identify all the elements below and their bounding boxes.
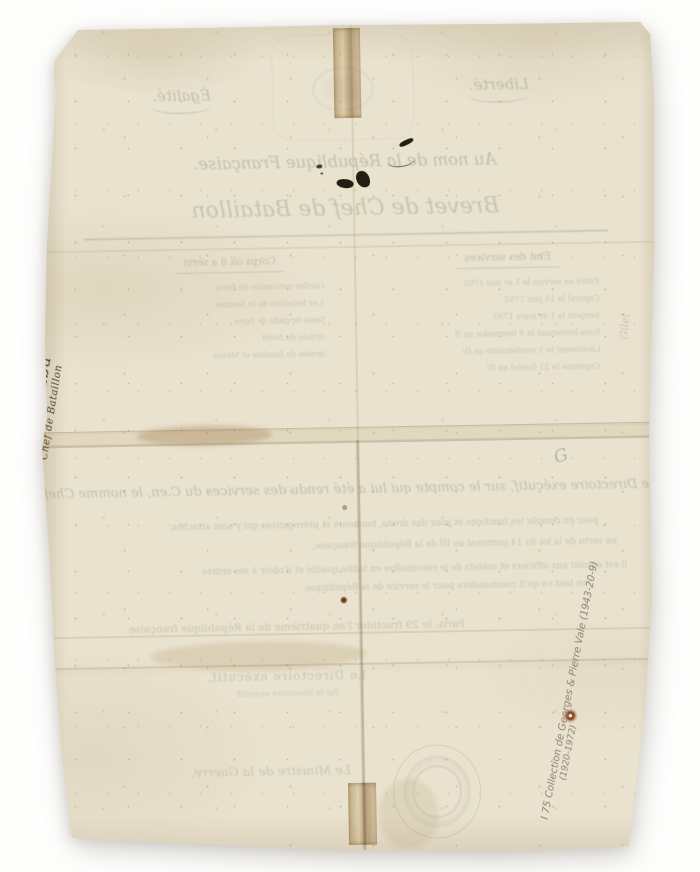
brevet-title: Brevet de Chef de Bataillon — [38, 191, 653, 227]
photo-background: Liberté. Égalité. Au nom de la Républiqu… — [0, 0, 700, 872]
equality-flourish — [152, 105, 211, 114]
liberty-flourish — [469, 94, 529, 103]
service-row: Capitaine le 21 floréal an IV — [361, 358, 601, 379]
corps-column-header: Corps où il a servi — [176, 253, 285, 274]
document-sheet: Liberté. Égalité. Au nom de la Républiqu… — [42, 20, 657, 858]
corner-crease — [35, 25, 84, 76]
ink-speck — [316, 164, 322, 168]
body-line: pour en remplir les fonctions et jouir d… — [169, 516, 599, 533]
paper: Liberté. Égalité. Au nom de la Républiqu… — [42, 20, 657, 858]
edge-speck — [51, 764, 58, 769]
directoire-line: Le Directoire exécutif, sur le compte qu… — [43, 477, 658, 503]
republic-header: Au nom de la République Française. — [37, 147, 652, 177]
body-line: il est enjoint aux officiers et soldats … — [202, 560, 628, 577]
minister-line: Le Ministre de la Guerre, — [190, 762, 351, 780]
services-column-header: État des services — [456, 248, 559, 269]
paper-content: Liberté. Égalité. Au nom de la Républiqu… — [35, 15, 665, 864]
liberty-text: Liberté. — [469, 75, 529, 94]
equality-text: Égalité. — [152, 86, 211, 105]
ink-speck — [320, 172, 323, 174]
tape-top — [333, 28, 362, 118]
corps-column: Corps où il a servi Gardes nationales de… — [84, 252, 326, 366]
tape-bottom — [348, 783, 377, 845]
bleedthrough-equality: Égalité. — [152, 86, 211, 114]
bleedthrough-liberty: Liberté. — [469, 75, 530, 103]
rust-spot-tiny — [342, 505, 347, 510]
divider-rule — [83, 229, 608, 240]
directoire-small: Le Directoire exécutif, — [207, 668, 367, 685]
handwriting-rank: Chef de Bataillon — [39, 357, 66, 460]
services-column: État des services Entré au service le 1.… — [359, 248, 601, 379]
directoire-sub: Par le Directoire exécutif — [237, 688, 339, 699]
body-line: en tout ce qu'il commandera pour le serv… — [303, 579, 587, 594]
pencil-edge-scribble: Gilet — [617, 312, 632, 340]
corps-row: Armée de Sambre et Meuse — [85, 345, 325, 366]
